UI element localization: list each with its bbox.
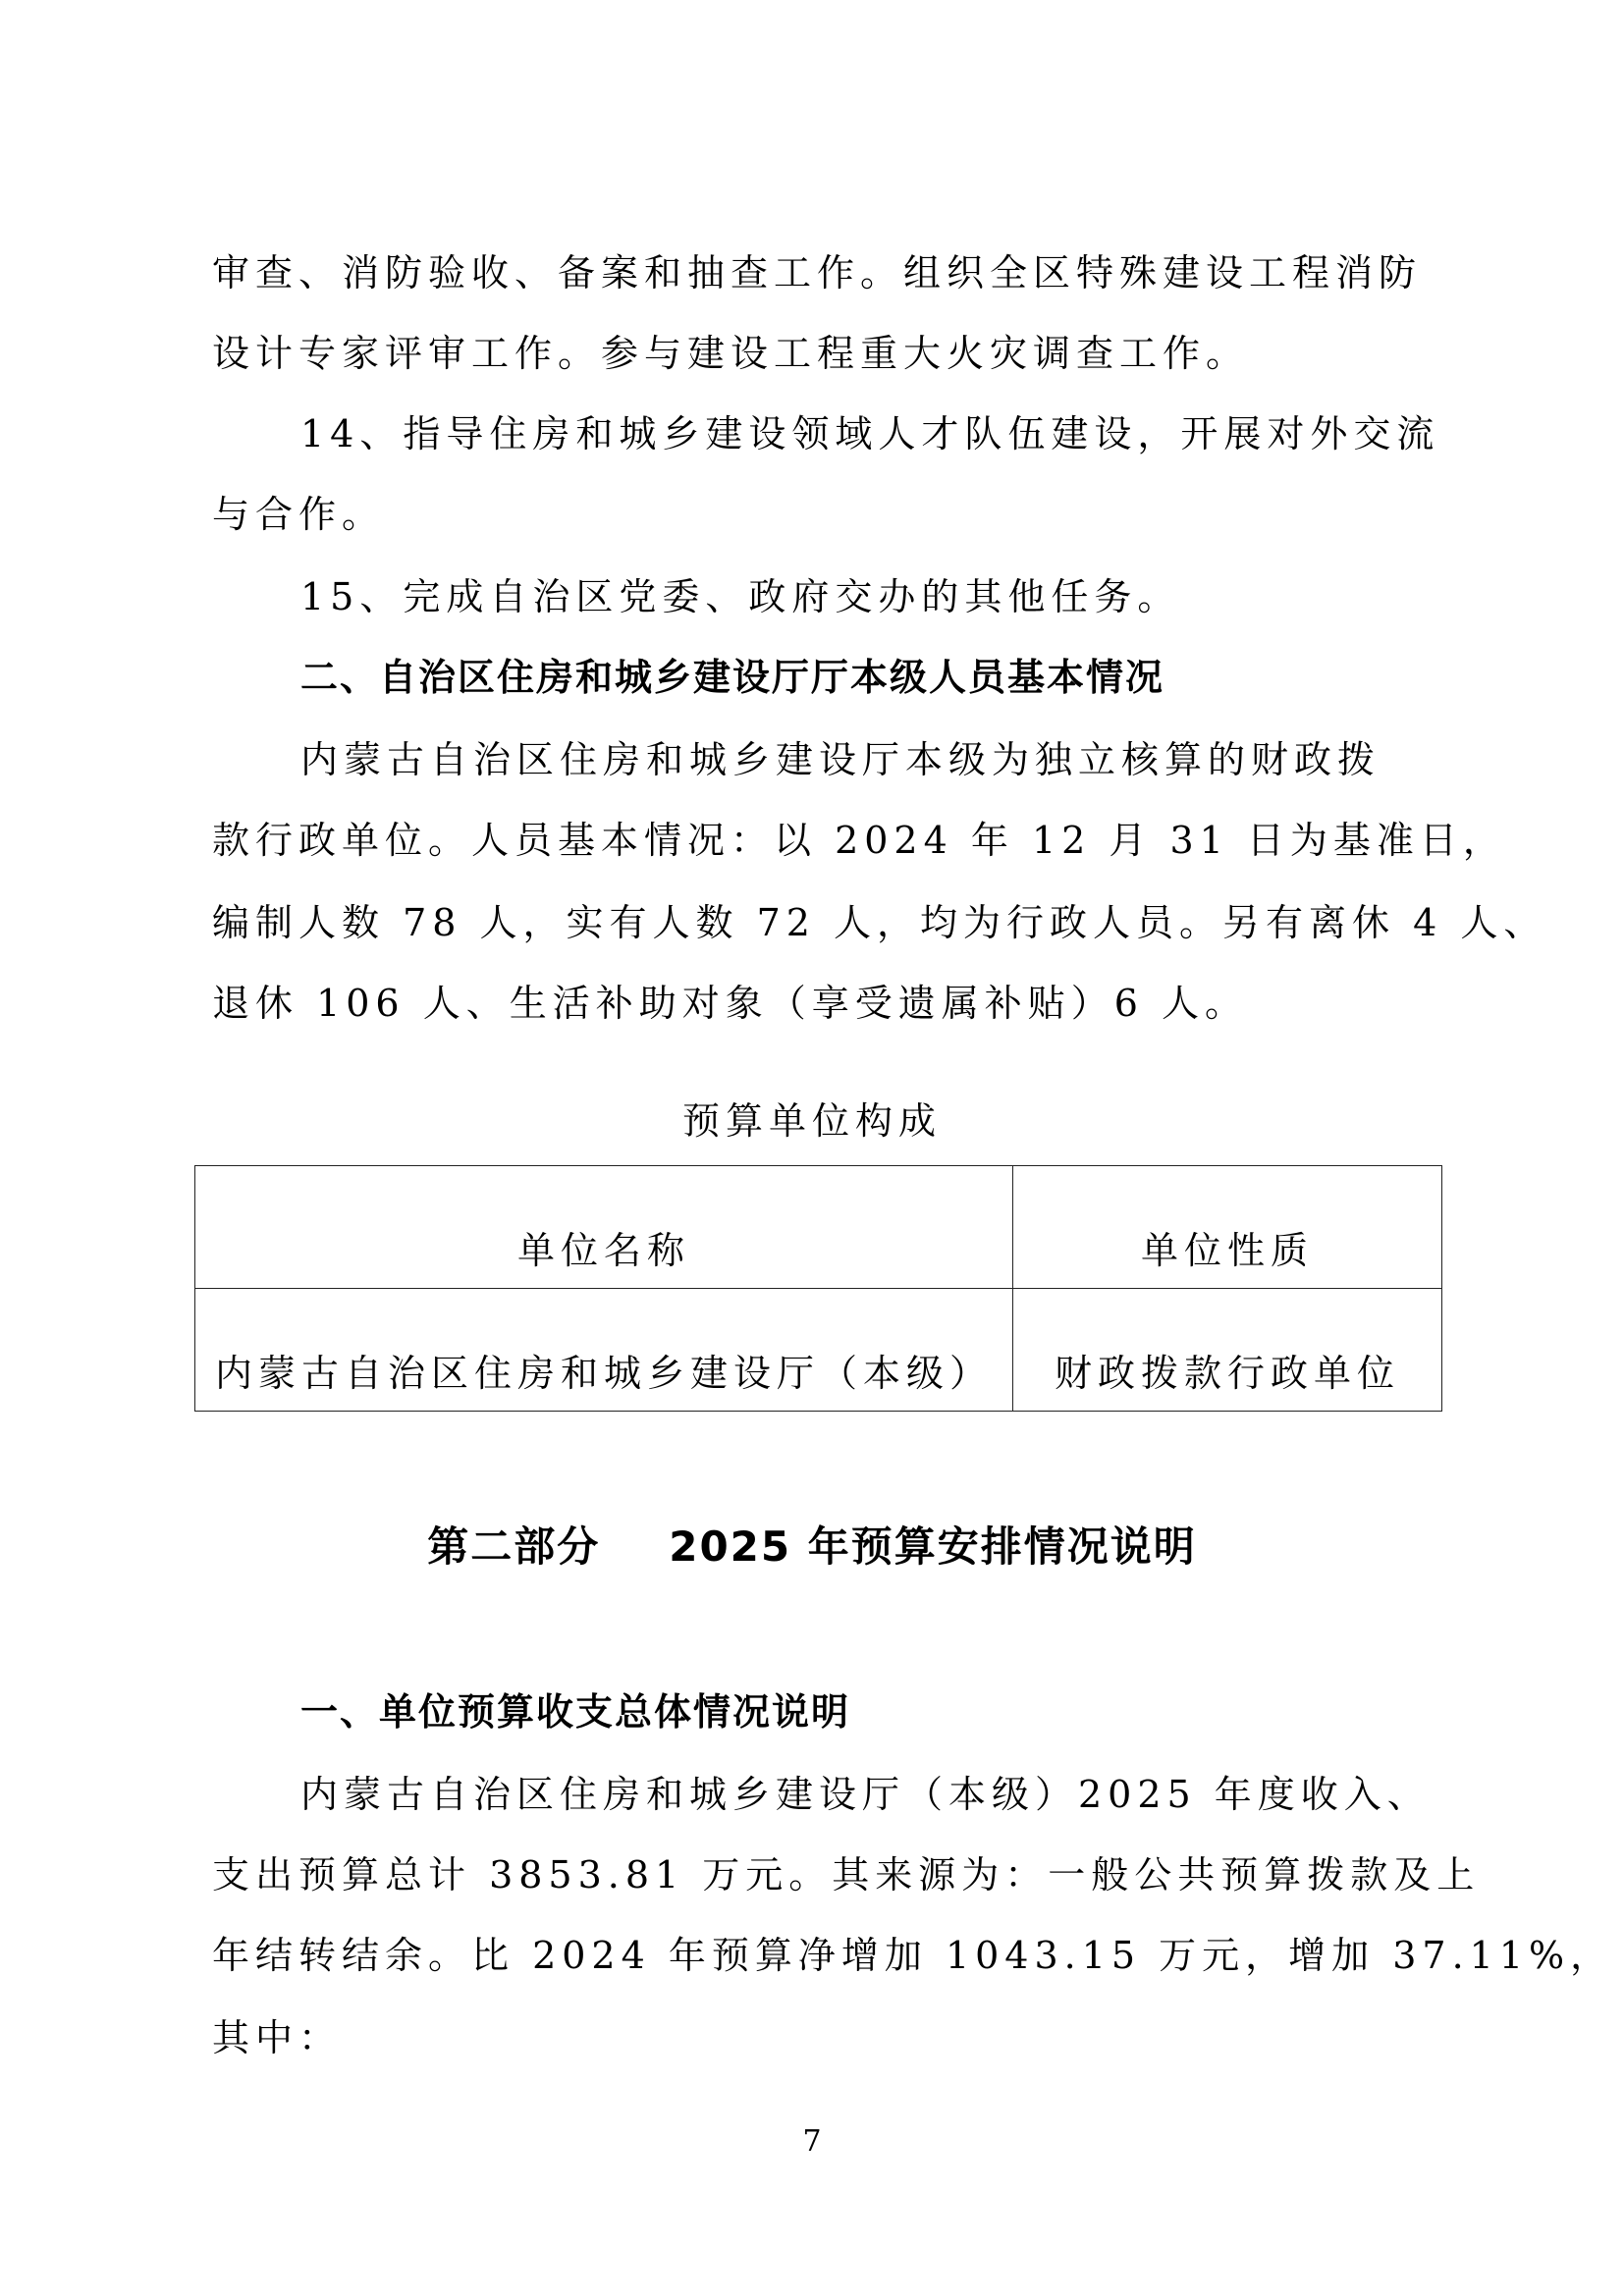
body-text-line: 编制人数 78 人，实有人数 72 人，均为行政人员。另有离休 4 人、 [212,899,1546,946]
table-cell: 内蒙古自治区住房和城乡建设厅（本级） [195,1289,1013,1412]
body-text-line: 设计专家评审工作。参与建设工程重大火灾调查工作。 [212,330,1249,377]
table-header-cell: 单位性质 [1013,1166,1442,1289]
table-header-row: 单位名称 单位性质 [195,1166,1442,1289]
list-item-14: 14、指导住房和城乡建设领域人才队伍建设，开展对外交流 [300,410,1439,457]
table-caption: 预算单位构成 [0,1097,1624,1145]
section-heading-budget: 一、单位预算收支总体情况说明 [300,1688,850,1735]
list-item-15: 15、完成自治区党委、政府交办的其他任务。 [300,573,1180,620]
body-text-line: 款行政单位。人员基本情况：以 2024 年 12 月 31 日为基准日， [212,817,1506,864]
part-title: 第二部分2025 年预算安排情况说明 [0,1522,1624,1573]
body-text-line: 审查、消防验收、备案和抽查工作。组织全区特殊建设工程消防 [212,249,1422,296]
body-text-line: 支出预算总计 3853.81 万元。其来源为：一般公共预算拨款及上 [212,1851,1480,1898]
budget-unit-table: 单位名称 单位性质 内蒙古自治区住房和城乡建设厅（本级） 财政拨款行政单位 [194,1165,1442,1412]
body-text-line: 与合作。 [212,491,385,538]
table-row: 内蒙古自治区住房和城乡建设厅（本级） 财政拨款行政单位 [195,1289,1442,1412]
page-number: 7 [0,2124,1624,2160]
body-text-line: 其中： [212,2014,342,2061]
part-title-text: 2025 年预算安排情况说明 [669,1522,1197,1571]
body-text-line: 退休 106 人、生活补助对象（享受遗属补贴）6 人。 [212,980,1248,1027]
body-text-line: 年结转结余。比 2024 年预算净增加 1043.15 万元，增加 37.11%… [212,1932,1613,1979]
body-text-line: 内蒙古自治区住房和城乡建设厅本级为独立核算的财政拨 [300,736,1380,783]
section-heading-staff: 二、自治区住房和城乡建设厅厅本级人员基本情况 [300,654,1164,701]
part-title-label: 第二部分 [427,1522,600,1571]
table-header-cell: 单位名称 [195,1166,1013,1289]
table-cell: 财政拨款行政单位 [1013,1289,1442,1412]
body-text-line: 内蒙古自治区住房和城乡建设厅（本级）2025 年度收入、 [300,1771,1431,1818]
document-page: 审查、消防验收、备案和抽查工作。组织全区特殊建设工程消防 设计专家评审工作。参与… [0,0,1624,2296]
